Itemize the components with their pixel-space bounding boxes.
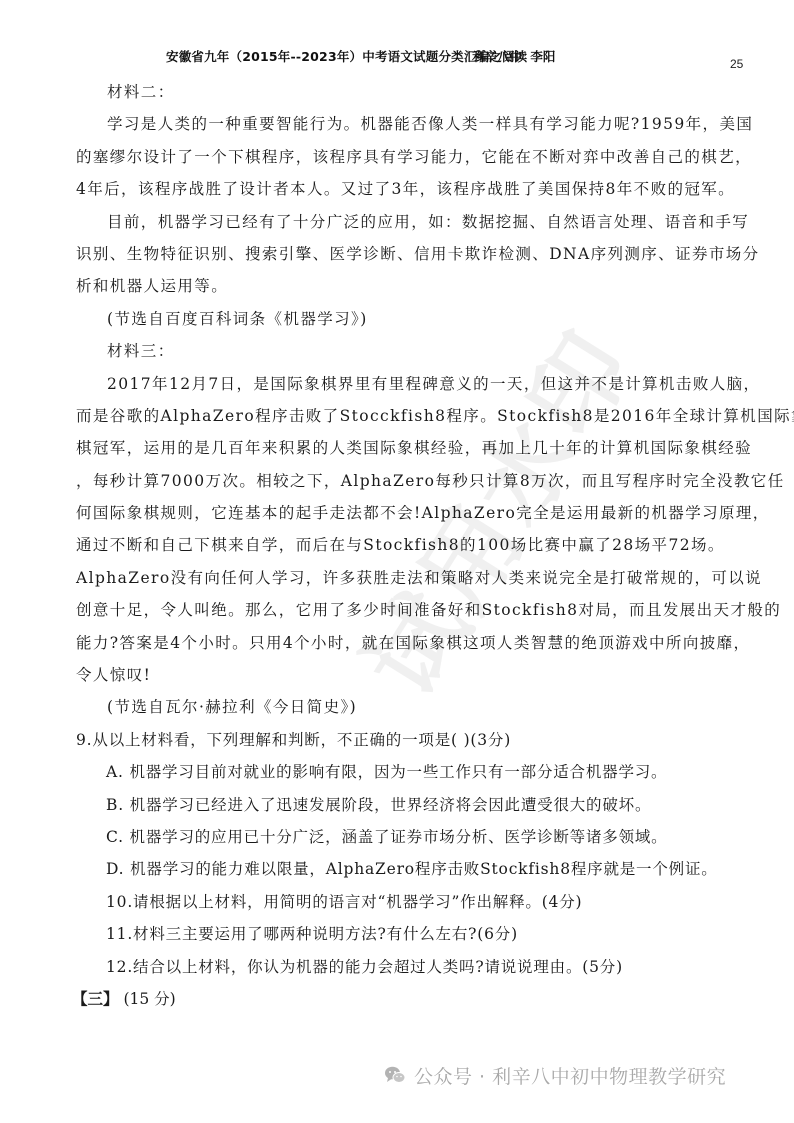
material-two-paragraph: 目前，机器学习已经有了十分广泛的应用，如：数据挖掘、自然语言处理、语音和手写 识… bbox=[76, 206, 726, 303]
footer-brand-text: 公众号 · 利辛八中初中物理教学研究 bbox=[414, 1062, 726, 1089]
material-two-source: (节选自百度百科词条《机器学习》) bbox=[76, 303, 726, 335]
text-line: 识别、生物特征识别、搜索引擎、医学诊断、信用卡欺诈检测、DNA序列测序、证券市场… bbox=[76, 238, 726, 270]
material-two-paragraph: 学习是人类的一种重要智能行为。机器能否像人类一样具有学习能力呢?1959年，美国… bbox=[76, 108, 726, 205]
section-three-label: 【三】 bbox=[72, 989, 119, 1008]
text-line: 2017年12月7日，是国际象棋界里有里程碑意义的一天，但这并不是计算机击败人脑… bbox=[76, 368, 726, 400]
page-number: 25 bbox=[730, 57, 743, 71]
material-three-paragraph: 2017年12月7日，是国际象棋界里有里程碑意义的一天，但这并不是计算机击败人脑… bbox=[76, 368, 726, 692]
question-11: 11.材料三主要运用了哪两种说明方法?有什么左右?(6分) bbox=[76, 918, 726, 950]
text-line: 目前，机器学习已经有了十分广泛的应用，如：数据挖掘、自然语言处理、语音和手写 bbox=[76, 206, 726, 238]
question-12: 12.结合以上材料，你认为机器的能力会超过人类吗?请说说理由。(5分) bbox=[76, 951, 726, 983]
text-line: 4年后，该程序战胜了设计者本人。又过了3年，该程序战胜了美国保持8年不败的冠军。 bbox=[76, 173, 726, 205]
material-three-heading: 材料三： bbox=[76, 335, 726, 367]
text-line: 创意十足，令人叫绝。那么，它用了多少时间准备好和Stockfish8对局，而且发… bbox=[76, 594, 726, 626]
text-line: 何国际象棋规则，它连基本的起手走法都不会!AlphaZero完全是运用最新的机器… bbox=[76, 497, 726, 529]
text-line: 通过不断和自己下棋来自学，而后在与Stockfish8的100场比赛中赢了28场… bbox=[76, 529, 726, 561]
question-9-option-b: B. 机器学习已经进入了迅速发展阶段，世界经济将会因此遭受很大的破坏。 bbox=[76, 789, 726, 821]
text-line: 的塞缪尔设计了一个下棋程序，该程序具有学习能力，它能在不断对弈中改善自己的棋艺， bbox=[76, 141, 726, 173]
material-two-heading: 材料二： bbox=[76, 76, 726, 108]
text-line: 令人惊叹! bbox=[76, 659, 726, 691]
wechat-icon bbox=[384, 1065, 406, 1085]
section-three-heading: 【三】 (15 分) bbox=[72, 983, 726, 1015]
text-line: 而是谷歌的AlphaZero程序击败了Stocckfish8程序。Stockfi… bbox=[76, 400, 726, 432]
text-line: 析和机器人运用等。 bbox=[76, 270, 726, 302]
text-line: 棋冠军，运用的是几百年来积累的人类国际象棋经验，再加上几十年的计算机国际象棋经验 bbox=[76, 432, 726, 464]
question-10: 10.请根据以上材料，用简明的语言对“机器学习”作出解释。(4分) bbox=[76, 886, 726, 918]
footer-brand: 公众号 · 利辛八中初中物理教学研究 bbox=[384, 1060, 726, 1090]
material-three-source: (节选自瓦尔·赫拉利《今日简史》) bbox=[76, 691, 726, 723]
text-line: ，每秒计算7000万次。相较之下，AlphaZero每秒只计算8万次，而且写程序… bbox=[76, 465, 726, 497]
text-line: 学习是人类的一种重要智能行为。机器能否像人类一样具有学习能力呢?1959年，美国 bbox=[76, 108, 726, 140]
page-header: 安徽省九年（2015年--2023年）中考语文试题分类汇编之阅读 利辛八中 李阳… bbox=[0, 47, 794, 71]
text-line: AlphaZero没有向任何人学习，许多获胜走法和策略对人类来说完全是打破常规的… bbox=[76, 562, 726, 594]
question-9-option-a: A. 机器学习目前对就业的影响有限，因为一些工作只有一部分适合机器学习。 bbox=[76, 756, 726, 788]
question-9-stem: 9.从以上材料看，下列理解和判断，不正确的一项是( )(3分) bbox=[76, 724, 726, 756]
document-body: 材料二： 学习是人类的一种重要智能行为。机器能否像人类一样具有学习能力呢?195… bbox=[76, 76, 726, 1015]
question-9-option-d: D. 机器学习的能力难以限量，AlphaZero程序击败Stockfish8程序… bbox=[76, 853, 726, 885]
text-line: 能力?答案是4个小时。只用4个小时，就在国际象棋这项人类智慧的绝顶游戏中所向披靡… bbox=[76, 627, 726, 659]
question-9-option-c: C. 机器学习的应用已十分广泛，涵盖了证券市场分析、医学诊断等诸多领域。 bbox=[76, 821, 726, 853]
section-three-score: (15 分) bbox=[123, 990, 175, 1008]
document-author: 利辛八中 李阳 bbox=[472, 47, 555, 65]
